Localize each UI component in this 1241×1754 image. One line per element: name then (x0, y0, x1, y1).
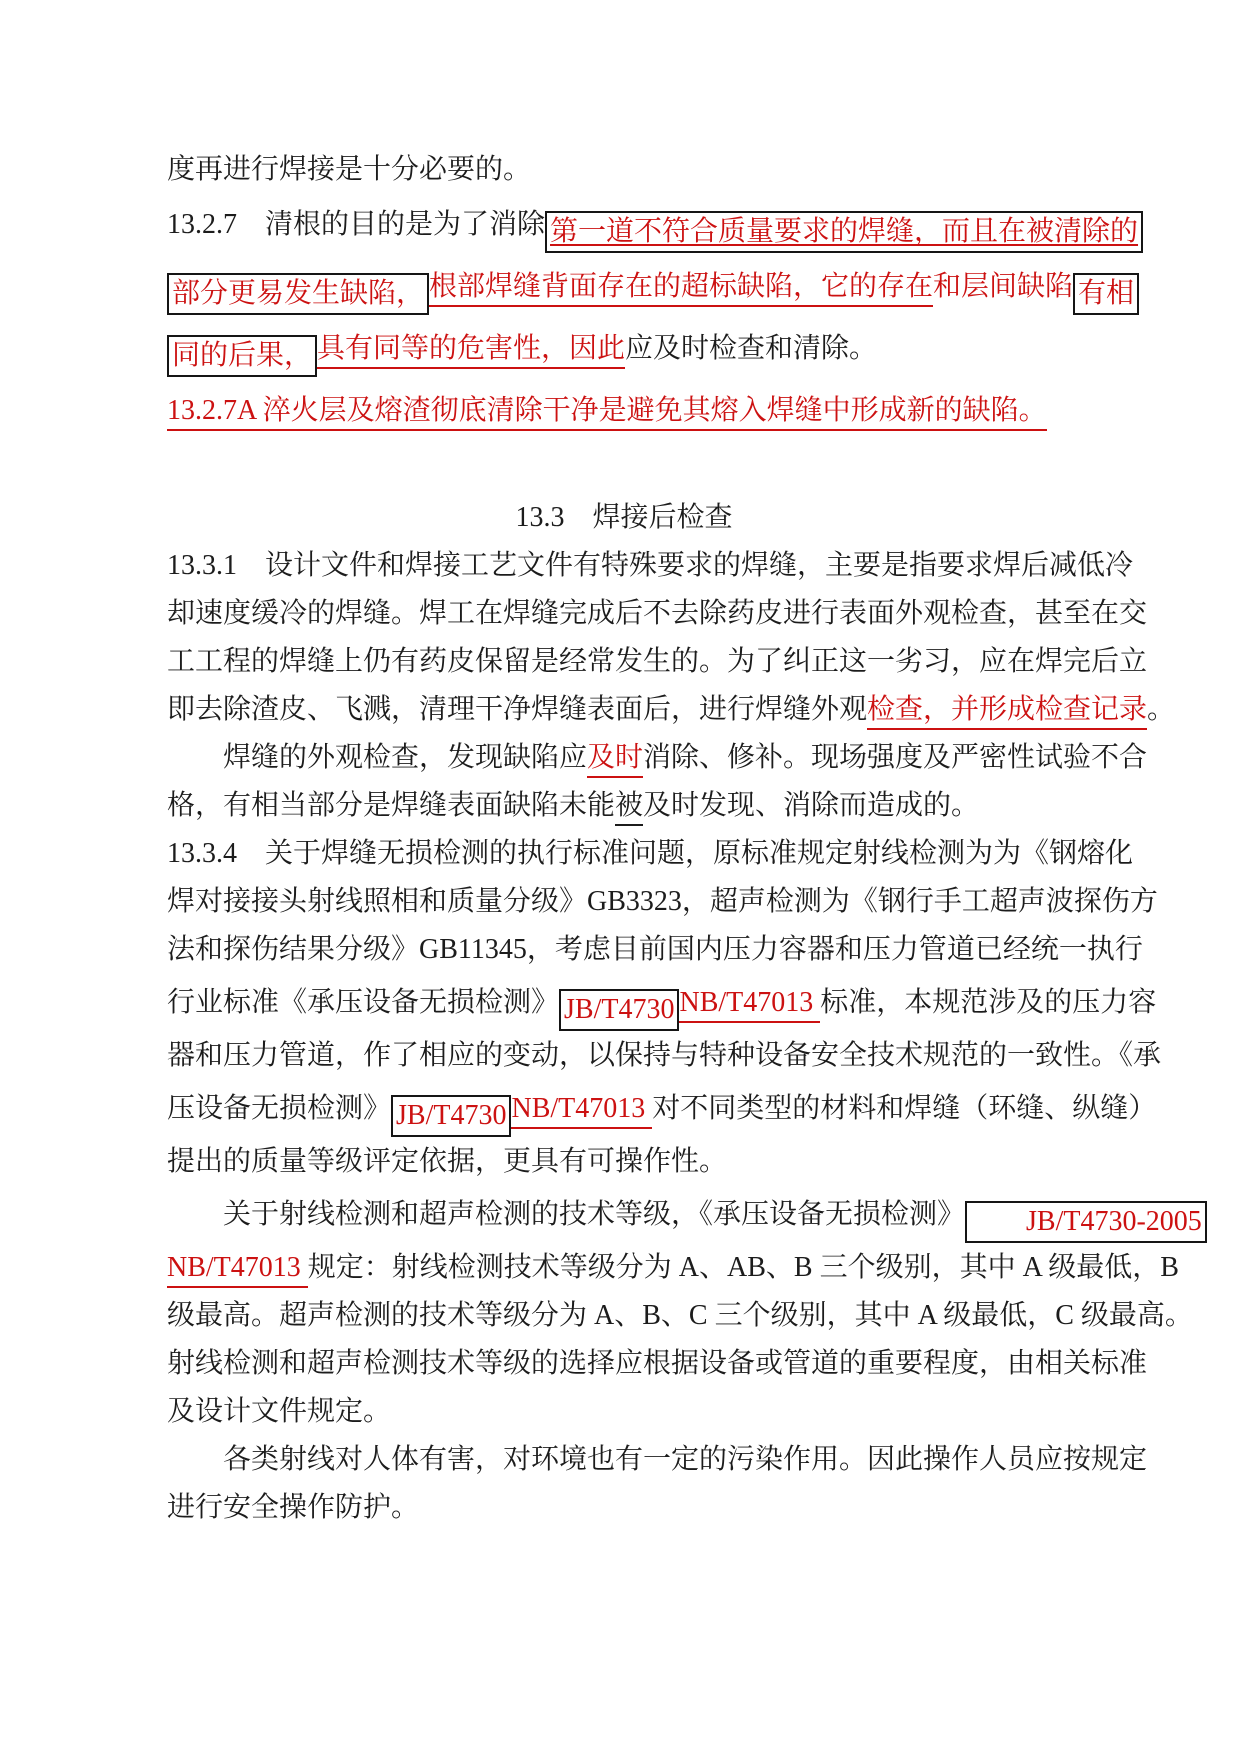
text-segment: 标准，本规范涉及的压力容 (820, 987, 1156, 1018)
underlined-revision-text: 具有同等的危害性，因此 (317, 333, 625, 369)
clause-13-2-7a-line: 13.2.7A 淬火层及熔渣彻底清除干净是避免其熔入焊缝中形成新的缺陷。 (167, 380, 1081, 442)
text-segment: 规定：射线检测技术等级分为 A、AB、B 三个级别，其中 A 级最低，B (308, 1252, 1179, 1283)
text-segment: 行业标准《承压设备无损检测》 (167, 987, 559, 1018)
text-segment: 13.3 焊接后检查 (515, 502, 732, 533)
text-segment: 关于射线检测和超声检测的技术等级，《承压设备无损检测》 (223, 1199, 965, 1230)
underlined-revision-text: 及时 (587, 742, 643, 778)
underlined-revision-text: 根部焊缝背面存在的超标缺陷，它的存在 (429, 271, 933, 307)
text-segment: 级最高。超声检测的技术等级分为 A、B、C 三个级别，其中 A 级最低，C 级最… (167, 1300, 1193, 1331)
clause-13-3-1-line: 即去除渣皮、飞溅，清理干净焊缝表面后，进行焊缝外观检查，并形成检查记录。 (167, 686, 1081, 734)
text-segment: 应及时检查和清除。 (625, 333, 877, 364)
clause-13-3-1-line: 13.3.1 设计文件和焊接工艺文件有特殊要求的焊缝，主要是指要求焊后减低冷 (167, 542, 1081, 590)
clause-13-3-4-line: 器和压力管道，作了相应的变动，以保持与特种设备安全技术规范的一致性。《承 (167, 1032, 1081, 1080)
text-segment: 射线检测和超声检测技术等级的选择应根据设备或管道的重要程度，由相关标准 (167, 1348, 1147, 1379)
clause-13-3-4-line: 行业标准《承压设备无损检测》JB/T4730NB/T47013 标准，本规范涉及… (167, 974, 1081, 1032)
radiation-safety-line: 进行安全操作防护。 (167, 1484, 1081, 1532)
text-segment: 压设备无损检测》 (167, 1093, 391, 1124)
paragraph-continuation-line: 度再进行焊接是十分必要的。 (167, 146, 1081, 194)
boxed-revision-text: 部分更易发生缺陷， (167, 273, 429, 315)
clause-13-3-4-line: 13.3.4 关于焊缝无损检测的执行标准问题，原标准规定射线检测为为《钢熔化 (167, 830, 1081, 878)
text-segment: 13.3.4 关于焊缝无损检测的执行标准问题，原标准规定射线检测为为《钢熔化 (167, 838, 1133, 869)
technique-grade-line: 级最高。超声检测的技术等级分为 A、B、C 三个级别，其中 A 级最低，C 级最… (167, 1292, 1081, 1340)
text-segment: 法和探伤结果分级》GB11345，考虑目前国内压力容器和压力管道已经统一执行 (167, 934, 1143, 965)
underlined-revision-text: 13.2.7A 淬火层及熔渣彻底清除干净是避免其熔入焊缝中形成新的缺陷。 (167, 395, 1047, 431)
technique-grade-line: 及设计文件规定。 (167, 1388, 1081, 1436)
text-segment: 消除、修补。现场强度及严密性试验不合 (643, 742, 1147, 773)
clause-13-2-7-line: 同的后果，具有同等的危害性，因此应及时检查和清除。 (167, 318, 1081, 380)
underlined-revision-text: NB/T47013 (679, 987, 820, 1023)
text-segment: 各类射线对人体有害，对环境也有一定的污染作用。因此操作人员应按规定 (223, 1444, 1147, 1475)
appearance-check-line: 焊缝的外观检查，发现缺陷应及时消除、修补。现场强度及严密性试验不合 (167, 734, 1081, 782)
boxed-underlined-revision-text: 第一道不符合质量要求的焊缝，而且在被清除的 (545, 211, 1143, 253)
underlined-revision-text: NB/T47013 (167, 1252, 308, 1288)
section-heading: 13.3 焊接后检查 (167, 494, 1081, 542)
underlined-text-segment: 被 (615, 790, 643, 826)
text-segment: 对不同类型的材料和焊缝（环缝、纵缝） (652, 1093, 1156, 1124)
boxed-revision-text: JB/T4730 (391, 1095, 511, 1137)
text-segment: 13.2.7 清根的目的是为了消除 (167, 209, 545, 240)
technique-grade-line: 关于射线检测和超声检测的技术等级，《承压设备无损检测》JB/T4730-2005 (167, 1186, 1081, 1244)
technique-grade-line: 射线检测和超声检测技术等级的选择应根据设备或管道的重要程度，由相关标准 (167, 1340, 1081, 1388)
clause-13-3-4-line: 提出的质量等级评定依据，更具有可操作性。 (167, 1138, 1081, 1186)
revision-text-segment: 和层间缺陷 (933, 271, 1073, 302)
text-segment: 工工程的焊缝上仍有药皮保留是经常发生的。为了纠正这一劣习，应在焊完后立 (167, 646, 1147, 677)
document-page: 度再进行焊接是十分必要的。13.2.7 清根的目的是为了消除第一道不符合质量要求… (0, 0, 1241, 1754)
boxed-revision-text: 有相 (1073, 273, 1139, 315)
text-segment: 焊缝的外观检查，发现缺陷应 (223, 742, 587, 773)
text-segment: 。 (1147, 694, 1175, 725)
clause-13-2-7-line: 部分更易发生缺陷，根部焊缝背面存在的超标缺陷，它的存在和层间缺陷有相 (167, 256, 1081, 318)
text-segment: 13.3.1 设计文件和焊接工艺文件有特殊要求的焊缝，主要是指要求焊后减低冷 (167, 550, 1133, 581)
boxed-revision-text: JB/T4730-2005 (965, 1201, 1207, 1243)
boxed-revision-text: JB/T4730 (559, 989, 679, 1031)
underlined-revision-text: NB/T47013 (511, 1093, 652, 1129)
boxed-revision-text: 同的后果， (167, 335, 317, 377)
technique-grade-line: NB/T47013 规定：射线检测技术等级分为 A、AB、B 三个级别，其中 A… (167, 1244, 1081, 1292)
blank-spacer (167, 442, 1081, 494)
clause-13-3-4-line: 压设备无损检测》JB/T4730NB/T47013 对不同类型的材料和焊缝（环缝… (167, 1080, 1081, 1138)
text-segment: 却速度缓冷的焊缝。焊工在焊缝完成后不去除药皮进行表面外观检查，甚至在交 (167, 598, 1147, 629)
appearance-check-line: 格，有相当部分是焊缝表面缺陷未能被及时发现、消除而造成的。 (167, 782, 1081, 830)
text-segment: 进行安全操作防护。 (167, 1492, 419, 1523)
clause-13-3-4-line: 焊对接接头射线照相和质量分级》GB3323，超声检测为《钢行手工超声波探伤方 (167, 878, 1081, 926)
clause-13-3-1-line: 却速度缓冷的焊缝。焊工在焊缝完成后不去除药皮进行表面外观检查，甚至在交 (167, 590, 1081, 638)
text-segment: 即去除渣皮、飞溅，清理干净焊缝表面后，进行焊缝外观 (167, 694, 867, 725)
clause-13-3-4-line: 法和探伤结果分级》GB11345，考虑目前国内压力容器和压力管道已经统一执行 (167, 926, 1081, 974)
document-body: 度再进行焊接是十分必要的。13.2.7 清根的目的是为了消除第一道不符合质量要求… (167, 146, 1081, 1532)
clause-13-3-1-line: 工工程的焊缝上仍有药皮保留是经常发生的。为了纠正这一劣习，应在焊完后立 (167, 638, 1081, 686)
text-segment: 提出的质量等级评定依据，更具有可操作性。 (167, 1146, 727, 1177)
radiation-safety-line: 各类射线对人体有害，对环境也有一定的污染作用。因此操作人员应按规定 (167, 1436, 1081, 1484)
text-segment: 度再进行焊接是十分必要的。 (167, 154, 531, 185)
text-segment: 格，有相当部分是焊缝表面缺陷未能 (167, 790, 615, 821)
text-segment: 器和压力管道，作了相应的变动，以保持与特种设备安全技术规范的一致性。《承 (167, 1040, 1161, 1071)
text-segment: 焊对接接头射线照相和质量分级》GB3323，超声检测为《钢行手工超声波探伤方 (167, 886, 1158, 917)
text-segment: 及时发现、消除而造成的。 (643, 790, 979, 821)
underlined-revision-text: 检查，并形成检查记录 (867, 694, 1147, 730)
clause-13-2-7-line: 13.2.7 清根的目的是为了消除第一道不符合质量要求的焊缝，而且在被清除的 (167, 194, 1081, 256)
text-segment: 及设计文件规定。 (167, 1396, 391, 1427)
